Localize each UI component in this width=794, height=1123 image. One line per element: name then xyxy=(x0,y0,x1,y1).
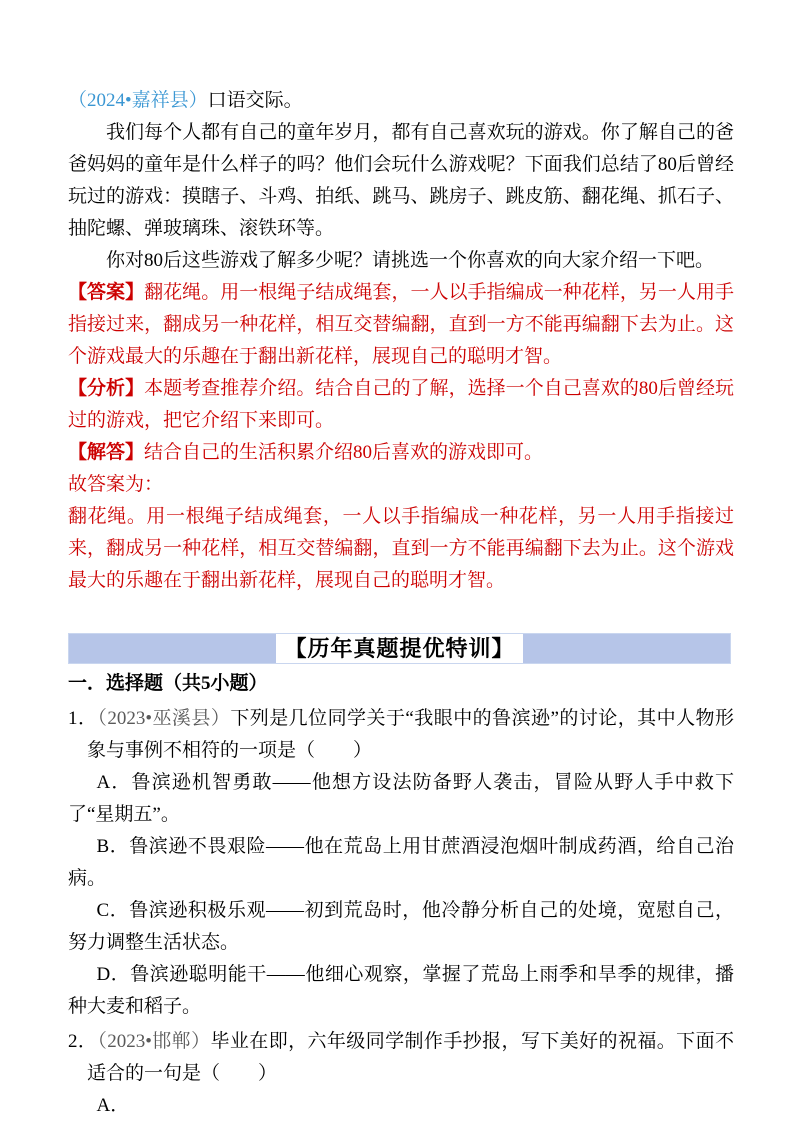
option-a-label: A． xyxy=(97,772,132,793)
exercise-header: （2024•嘉祥县）口语交际。 xyxy=(68,85,734,117)
answer-label: 【答案】 xyxy=(68,282,144,303)
analysis-label: 【分析】 xyxy=(68,378,144,399)
question-1-stem: 1．（2023•巫溪县）下列是几位同学关于“我眼中的鲁滨逊”的讨论，其中人物形象… xyxy=(68,703,734,767)
question-2-citation: （2023•邯郸） xyxy=(97,1031,210,1052)
section-banner: 【历年真题提优特训】 xyxy=(68,633,731,664)
option-c-label: C． xyxy=(97,900,130,921)
question-1-option-d: D．鲁滨逊聪明能干——他细心观察，掌握了荒岛上雨季和旱季的规律，播种大麦和稻子。 xyxy=(68,959,734,1023)
question-1-option-a: A．鲁滨逊机智勇敢——他想方设法防备野人袭击，冒险从野人手中救下了“星期五”。 xyxy=(68,767,734,831)
solution-text: 结合自己的生活积累介绍80后喜欢的游戏即可。 xyxy=(144,442,543,463)
option-d-label: D． xyxy=(97,964,131,985)
option-a-label: A． xyxy=(97,1095,130,1116)
solution-label: 【解答】 xyxy=(68,442,144,463)
question-2-option-a: A． xyxy=(68,1090,734,1122)
option-b-label: B． xyxy=(97,836,130,857)
analysis-paragraph: 【分析】本题考查推荐介绍。结合自己的了解，选择一个自己喜欢的80后曾经玩过的游戏… xyxy=(68,373,734,437)
question-1-option-c: C．鲁滨逊积极乐观——初到荒岛时，他冷静分析自己的处境，宽慰自己，努力调整生活状… xyxy=(68,895,734,959)
question-1-citation: （2023•巫溪县） xyxy=(97,708,230,729)
answer-paragraph: 【答案】翻花绳。用一根绳子结成绳套，一人以手指编成一种花样，另一人用手指接过来，… xyxy=(68,277,734,373)
exercise-citation: （2024•嘉祥县） xyxy=(68,90,208,111)
question-1-option-b: B．鲁滨逊不畏艰险——他在荒岛上用甘蔗酒浸泡烟叶制成药酒，给自己治病。 xyxy=(68,831,734,895)
exercise-type-label: 口语交际。 xyxy=(208,90,303,111)
document-page: （2024•嘉祥县）口语交际。 我们每个人都有自己的童年岁月，都有自己喜欢玩的游… xyxy=(0,0,794,1123)
conclusion-intro: 故答案为： xyxy=(68,469,734,501)
option-a-text: 鲁滨逊机智勇敢——他想方设法防备野人袭击，冒险从野人手中救下了“星期五”。 xyxy=(68,772,734,825)
exercise-intro-paragraph: 我们每个人都有自己的童年岁月，都有自己喜欢玩的游戏。你了解自己的爸爸妈妈的童年是… xyxy=(68,117,734,245)
question-2-stem: 2．（2023•邯郸）毕业在即，六年级同学制作手抄报，写下美好的祝福。下面不适合… xyxy=(68,1026,734,1090)
exercise-prompt-paragraph: 你对80后这些游戏了解多少呢？请挑选一个你喜欢的向大家介绍一下吧。 xyxy=(68,245,734,277)
solution-paragraph: 【解答】结合自己的生活积累介绍80后喜欢的游戏即可。 xyxy=(68,437,734,469)
analysis-text: 本题考查推荐介绍。结合自己的了解，选择一个自己喜欢的80后曾经玩过的游戏，把它介… xyxy=(68,378,734,431)
section-heading: 一．选择题（共5小题） xyxy=(68,668,734,700)
question-2-number: 2． xyxy=(68,1031,97,1052)
question-1-number: 1． xyxy=(68,708,97,729)
option-c-text: 鲁滨逊积极乐观——初到荒岛时，他冷静分析自己的处境，宽慰自己，努力调整生活状态。 xyxy=(68,900,734,953)
banner-title: 【历年真题提优特训】 xyxy=(276,634,522,663)
option-d-text: 鲁滨逊聪明能干——他细心观察，掌握了荒岛上雨季和旱季的规律，播种大麦和稻子。 xyxy=(68,964,734,1017)
answer-text: 翻花绳。用一根绳子结成绳套，一人以手指编成一种花样，另一人用手指接过来，翻成另一… xyxy=(68,282,734,367)
conclusion-text: 翻花绳。用一根绳子结成绳套，一人以手指编成一种花样，另一人用手指接过来，翻成另一… xyxy=(68,501,734,597)
option-b-text: 鲁滨逊不畏艰险——他在荒岛上用甘蔗酒浸泡烟叶制成药酒，给自己治病。 xyxy=(68,836,734,889)
